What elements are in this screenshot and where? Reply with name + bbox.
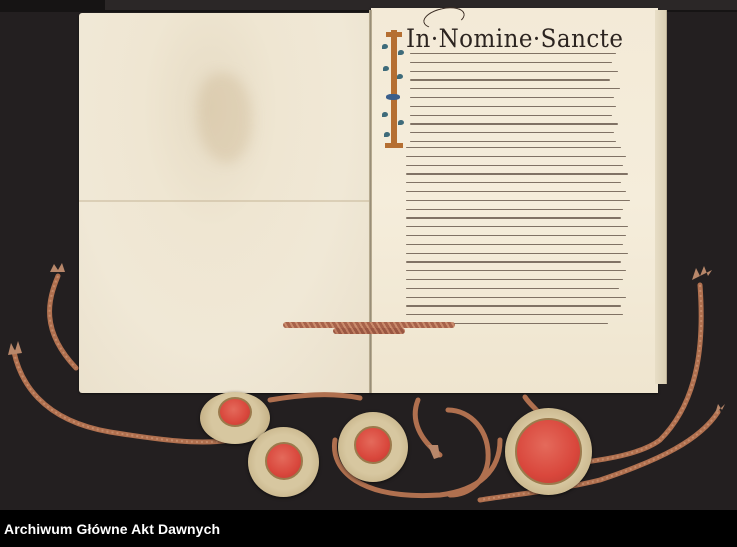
document-photo: In·Nomine·Sancte [0,0,737,510]
archive-caption: Archiwum Główne Akt Dawnych [4,521,220,537]
caption-bar: Archiwum Główne Akt Dawnych [0,510,737,547]
wax-seal-2 [248,427,319,497]
wax-seal-4 [505,408,592,495]
wax-seal-3 [338,412,408,482]
